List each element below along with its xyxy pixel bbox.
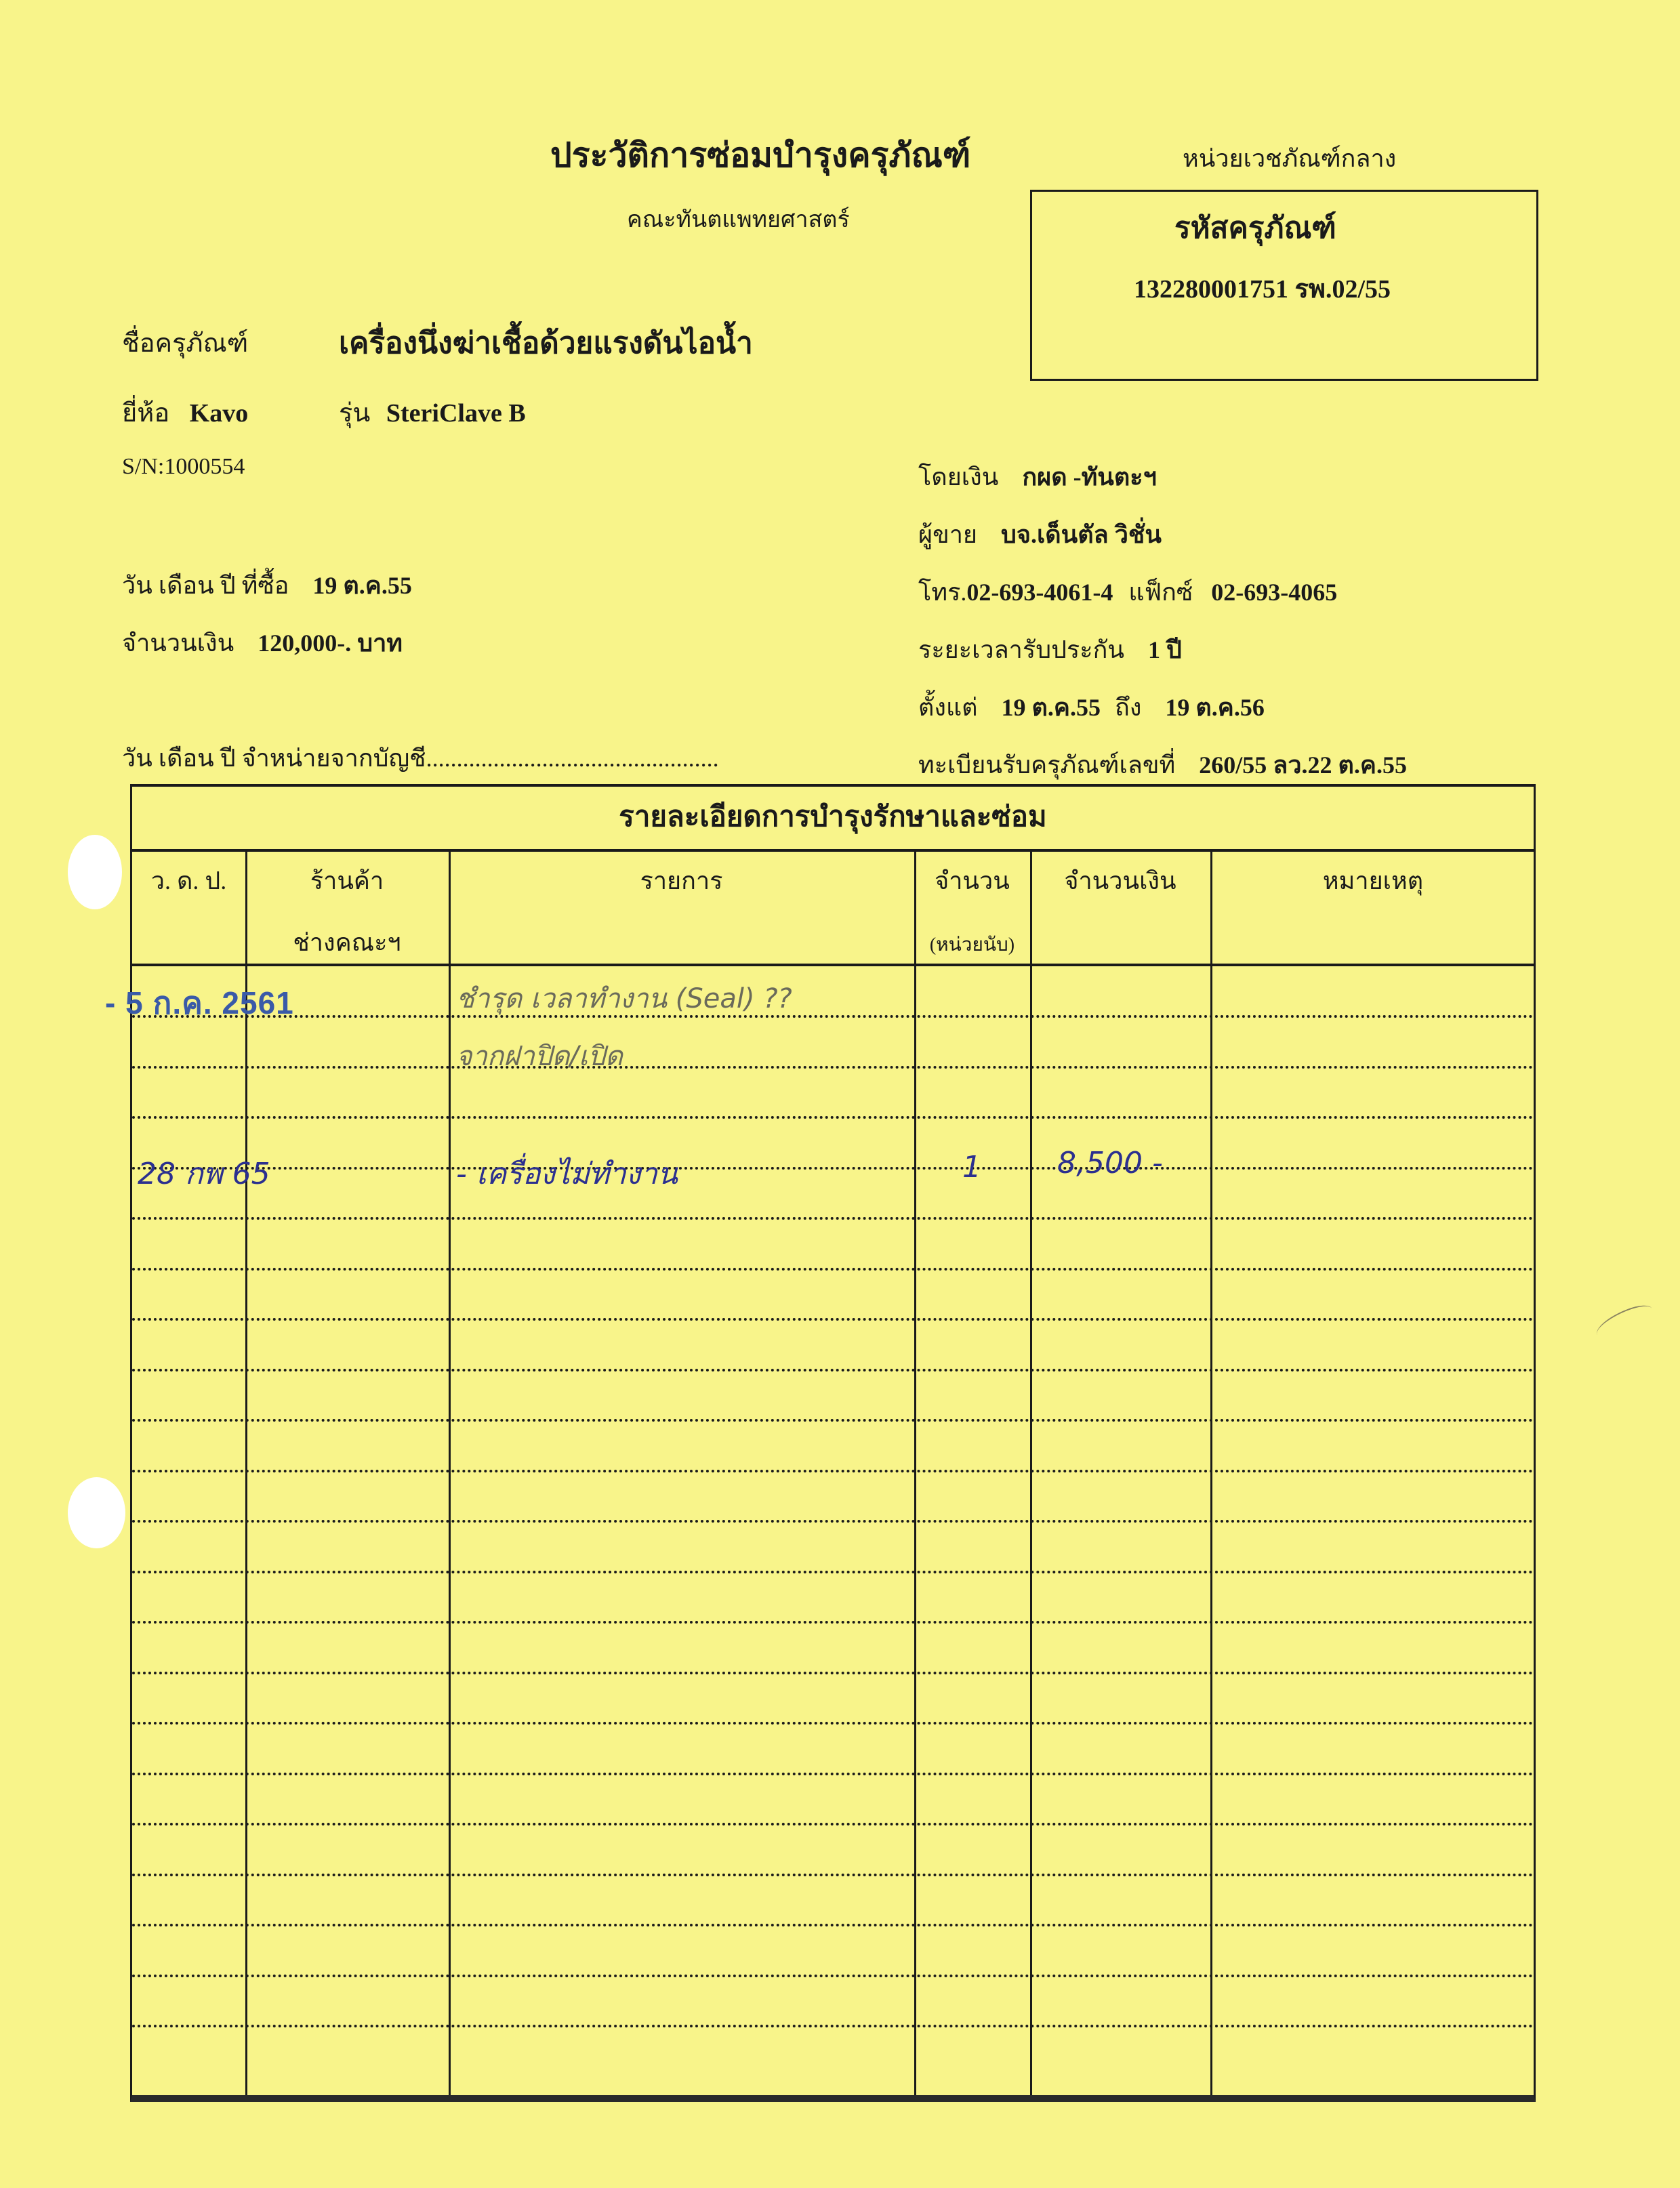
dotted-row-line: [132, 2025, 1534, 2027]
warranty-from-label: ตั้งแต่: [918, 694, 978, 721]
page-title: ประวัติการซ่อมบำรุงครุภัณฑ์: [550, 129, 970, 182]
serial-number: S/N:1000554: [122, 454, 245, 480]
purchase-date-field: วัน เดือน ปี ที่ซื้อ 19 ต.ค.55: [122, 566, 412, 604]
dotted-row-line: [132, 1419, 1534, 1422]
dotted-row-line: [132, 1066, 1534, 1069]
dotted-row-line: [132, 1116, 1534, 1119]
entry-2-amount: 8,500 -: [1057, 1146, 1163, 1180]
column-divider: [1210, 852, 1212, 2095]
vendor-value: บจ.เด็นตัล วิชั่น: [1001, 521, 1162, 548]
warranty-to-value: 19 ต.ค.56: [1165, 694, 1264, 721]
registry-label: ทะเบียนรับครุภัณฑ์เลขที่: [918, 751, 1175, 779]
dotted-row-line: [132, 1672, 1534, 1674]
phone-label: โทร.: [918, 579, 966, 606]
col-header-remark: หมายเหตุ: [1210, 852, 1536, 966]
dotted-row-line: [132, 1722, 1534, 1725]
table-title: รายละเอียดการบำรุงรักษาและซ่อม: [132, 787, 1534, 852]
asset-code-label: รหัสครุภัณฑ์: [1174, 204, 1336, 251]
equipment-name-value: เครื่องนึ่งฆ่าเชื้อด้วยแรงดันไอน้ำ: [339, 319, 753, 367]
col-header-vendor: ร้านค้า ช่างคณะฯ: [245, 852, 449, 966]
column-divider: [1030, 852, 1032, 2095]
entry-2-date: 28 กพ 65: [138, 1150, 270, 1197]
dotted-row-line: [132, 1015, 1534, 1018]
dotted-row-line: [132, 1369, 1534, 1371]
dotted-row-line: [132, 1167, 1534, 1170]
brand-field: ยี่ห้อ Kavo: [122, 392, 248, 433]
brand-value: Kavo: [190, 399, 249, 428]
unit-name: หน่วยเวชภัณฑ์กลาง: [1183, 139, 1396, 178]
funding-source-value: กผด -ทันตะฯ: [1022, 463, 1157, 491]
warranty-period-field: ตั้งแต่ 19 ต.ค.55 ถึง 19 ต.ค.56: [918, 688, 1265, 726]
dotted-row-line: [132, 1217, 1534, 1220]
dotted-row-line: [132, 1874, 1534, 1876]
entry-1-date-stamp: - 5 ก.ค. 2561: [105, 978, 294, 1028]
equipment-name-field: ชื่อครุภัณฑ์ เครื่องนึ่งฆ่าเชื้อด้วยแรงด…: [122, 322, 248, 363]
col-header-date: ว. ด. ป.: [132, 852, 245, 966]
dotted-row-line: [132, 1924, 1534, 1926]
entry-1-item-line2: จากฝาปิด/เปิด: [456, 1034, 623, 1077]
punch-hole-bottom: [68, 1477, 125, 1548]
warranty-label: ระยะเวลารับประกัน: [918, 636, 1124, 663]
disposal-date-label: วัน เดือน ปี จำหน่ายจากบัญชี: [122, 745, 426, 772]
vendor-label: ผู้ขาย: [918, 521, 977, 548]
column-divider: [449, 852, 451, 2095]
maintenance-table: รายละเอียดการบำรุงรักษาและซ่อม ว. ด. ป. …: [130, 784, 1536, 2102]
table-header-row: ว. ด. ป. ร้านค้า ช่างคณะฯ รายการ จำนวน (…: [132, 852, 1534, 966]
dotted-row-line: [132, 1470, 1534, 1472]
funding-source-field: โดยเงิน กผด -ทันตะฯ: [918, 457, 1157, 496]
warranty-field: ระยะเวลารับประกัน 1 ปี: [918, 630, 1182, 669]
phone-value: 02-693-4061-4: [966, 579, 1113, 606]
model-label: รุ่น: [339, 399, 370, 428]
purchase-amount-label: จำนวนเงิน: [122, 629, 234, 657]
entry-2-quantity: 1: [962, 1150, 981, 1184]
col-header-amount: จำนวนเงิน: [1030, 852, 1210, 966]
entry-1-item-line1: ชำรุด เวลาทำงาน (Seal) ??: [456, 976, 792, 1020]
purchase-date-label: วัน เดือน ปี ที่ซื้อ: [122, 572, 289, 599]
purchase-amount-value: 120,000-. บาท: [258, 629, 403, 657]
purchase-date-value: 19 ต.ค.55: [312, 572, 411, 599]
registry-value: 260/55 ลว.22 ต.ค.55: [1199, 751, 1407, 779]
disposal-date-field: วัน เดือน ปี จำหน่ายจากบัญชี............…: [122, 739, 719, 777]
faculty-name: คณะทันตแพทยศาสตร์: [627, 201, 850, 237]
dotted-row-line: [132, 1975, 1534, 1977]
fax-label: แฟ็กซ์: [1128, 579, 1193, 606]
contact-field: โทร.02-693-4061-4 แฟ็กซ์ 02-693-4065: [918, 573, 1337, 611]
vendor-field: ผู้ขาย บจ.เด็นตัล วิชั่น: [918, 515, 1162, 554]
warranty-from-value: 19 ต.ค.55: [1002, 694, 1101, 721]
asset-code-box: รหัสครุภัณฑ์ 132280001751 รพ.02/55: [1030, 190, 1538, 381]
dotted-row-line: [132, 1520, 1534, 1523]
dotted-row-line: [132, 1268, 1534, 1271]
brand-label: ยี่ห้อ: [122, 399, 169, 428]
funding-source-label: โดยเงิน: [918, 463, 998, 491]
model-field: รุ่น SteriClave B: [339, 392, 526, 433]
col-header-quantity: จำนวน (หน่วยนับ): [914, 852, 1030, 966]
punch-hole-top: [68, 835, 122, 909]
asset-code-value: 132280001751 รพ.02/55: [1134, 268, 1391, 309]
registry-field: ทะเบียนรับครุภัณฑ์เลขที่ 260/55 ลว.22 ต.…: [918, 745, 1407, 784]
dotted-row-line: [132, 1318, 1534, 1321]
dotted-row-line: [132, 1621, 1534, 1624]
equipment-name-label: ชื่อครุภัณฑ์: [122, 329, 248, 358]
dotted-row-line: [132, 1773, 1534, 1775]
dotted-row-line: [132, 1823, 1534, 1825]
purchase-amount-field: จำนวนเงิน 120,000-. บาท: [122, 623, 403, 662]
col-header-item: รายการ: [449, 852, 914, 966]
column-divider: [245, 852, 247, 2095]
dotted-row-line: [132, 1571, 1534, 1573]
disposal-date-blank: ........................................…: [426, 745, 719, 772]
warranty-value: 1 ปี: [1148, 636, 1182, 663]
model-value: SteriClave B: [386, 399, 526, 428]
warranty-to-label: ถึง: [1115, 694, 1141, 721]
fax-value: 02-693-4065: [1211, 579, 1337, 606]
entry-2-item: - เครื่องไม่ทำงาน: [456, 1150, 678, 1197]
column-divider: [914, 852, 916, 2095]
stray-pencil-mark: [1592, 1300, 1656, 1343]
